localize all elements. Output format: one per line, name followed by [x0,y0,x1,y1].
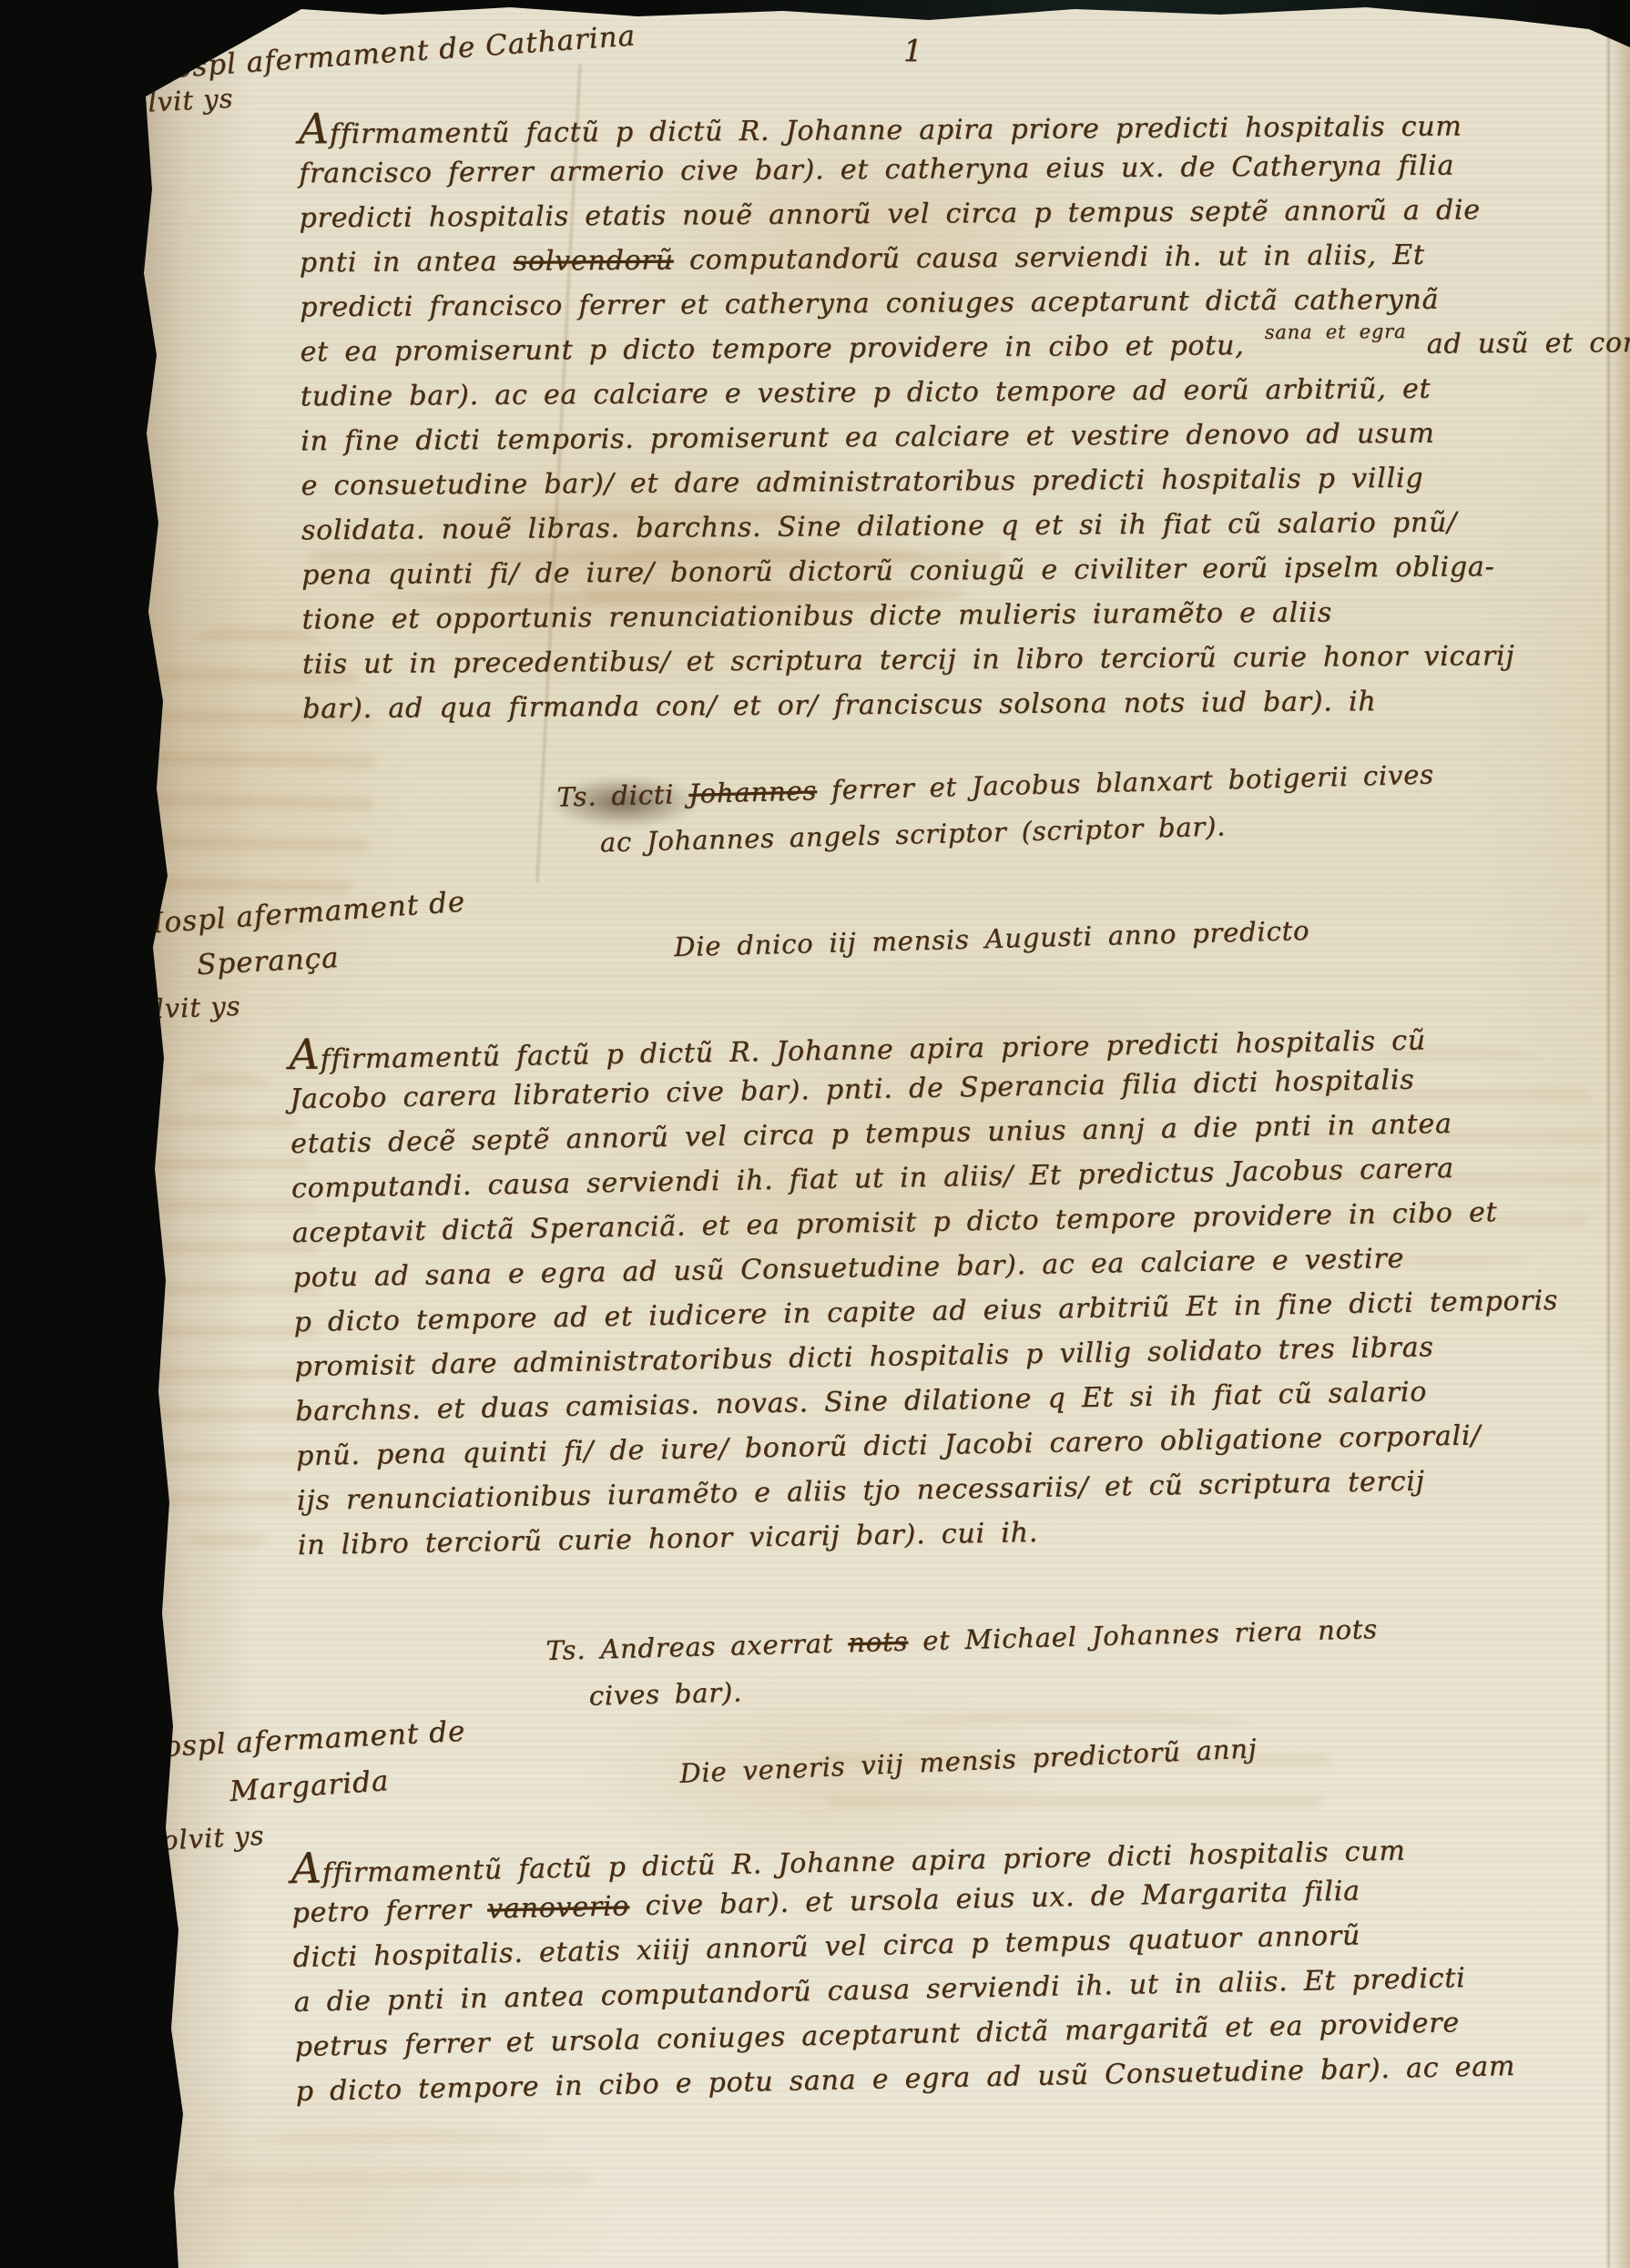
struck-word: vanoverio [487,1890,630,1925]
entry-body: Affirmamentũ factũ p dictũ R. Johanne ap… [290,1821,1515,2114]
manuscript-line: pena quinti fi/ de iure/ bonorũ dictorũ … [301,544,1630,598]
interlinear-addition: sana et egra [1265,320,1407,343]
margin-note-dt: dt [124,1874,153,1905]
margin-note-solvit: solvit ys [147,1820,265,1857]
manuscript-line: in fine dicti temporis. promiserunt ea c… [301,410,1630,464]
margin-heading: Hospl afermament de [138,1715,466,1765]
margin-heading-name: Sperança [196,941,340,981]
manuscript-line: bar). ad qua firmanda con/ et or/ franci… [302,677,1630,732]
margin-heading-name: Margarida [229,1765,391,1808]
manuscript-scan: 1 Hospl afermament de Catharina solvit y… [0,0,1630,2268]
manuscript-line: predicti hospitalis etatis nouẽ annorũ v… [299,187,1630,241]
margin-note-solvit: solvit ys [116,83,234,120]
witness-clause: Ts. dicti Johannes ferrer et Jacobus bla… [556,751,1436,867]
struck-word: nots [848,1626,909,1659]
witness-clause: Ts. Andreas axerrat nots et Michael Joha… [545,1606,1380,1721]
folio-number: 1 [903,33,922,68]
struck-word: Johannes [688,775,818,809]
date-line: Die dnico iij mensis Augusti anno predic… [674,915,1310,962]
entry-body: Affirmamentũ factũ p dictũ R. Johanne ap… [289,1011,1563,1568]
margin-heading: Hospl afermament de Catharina [148,19,637,86]
manuscript-page: 1 Hospl afermament de Catharina solvit y… [0,0,1630,2268]
margin-note-solvit: solvit ys [123,991,241,1025]
entry-body: Affirmamentũ factũ p dictũ R. Johanne ap… [299,97,1630,732]
struck-word: solvendorũ [514,245,674,278]
ink-bleedthrough [209,2131,592,2212]
manuscript-line: tiis ut in precedentibus/ et scriptura t… [302,633,1630,687]
